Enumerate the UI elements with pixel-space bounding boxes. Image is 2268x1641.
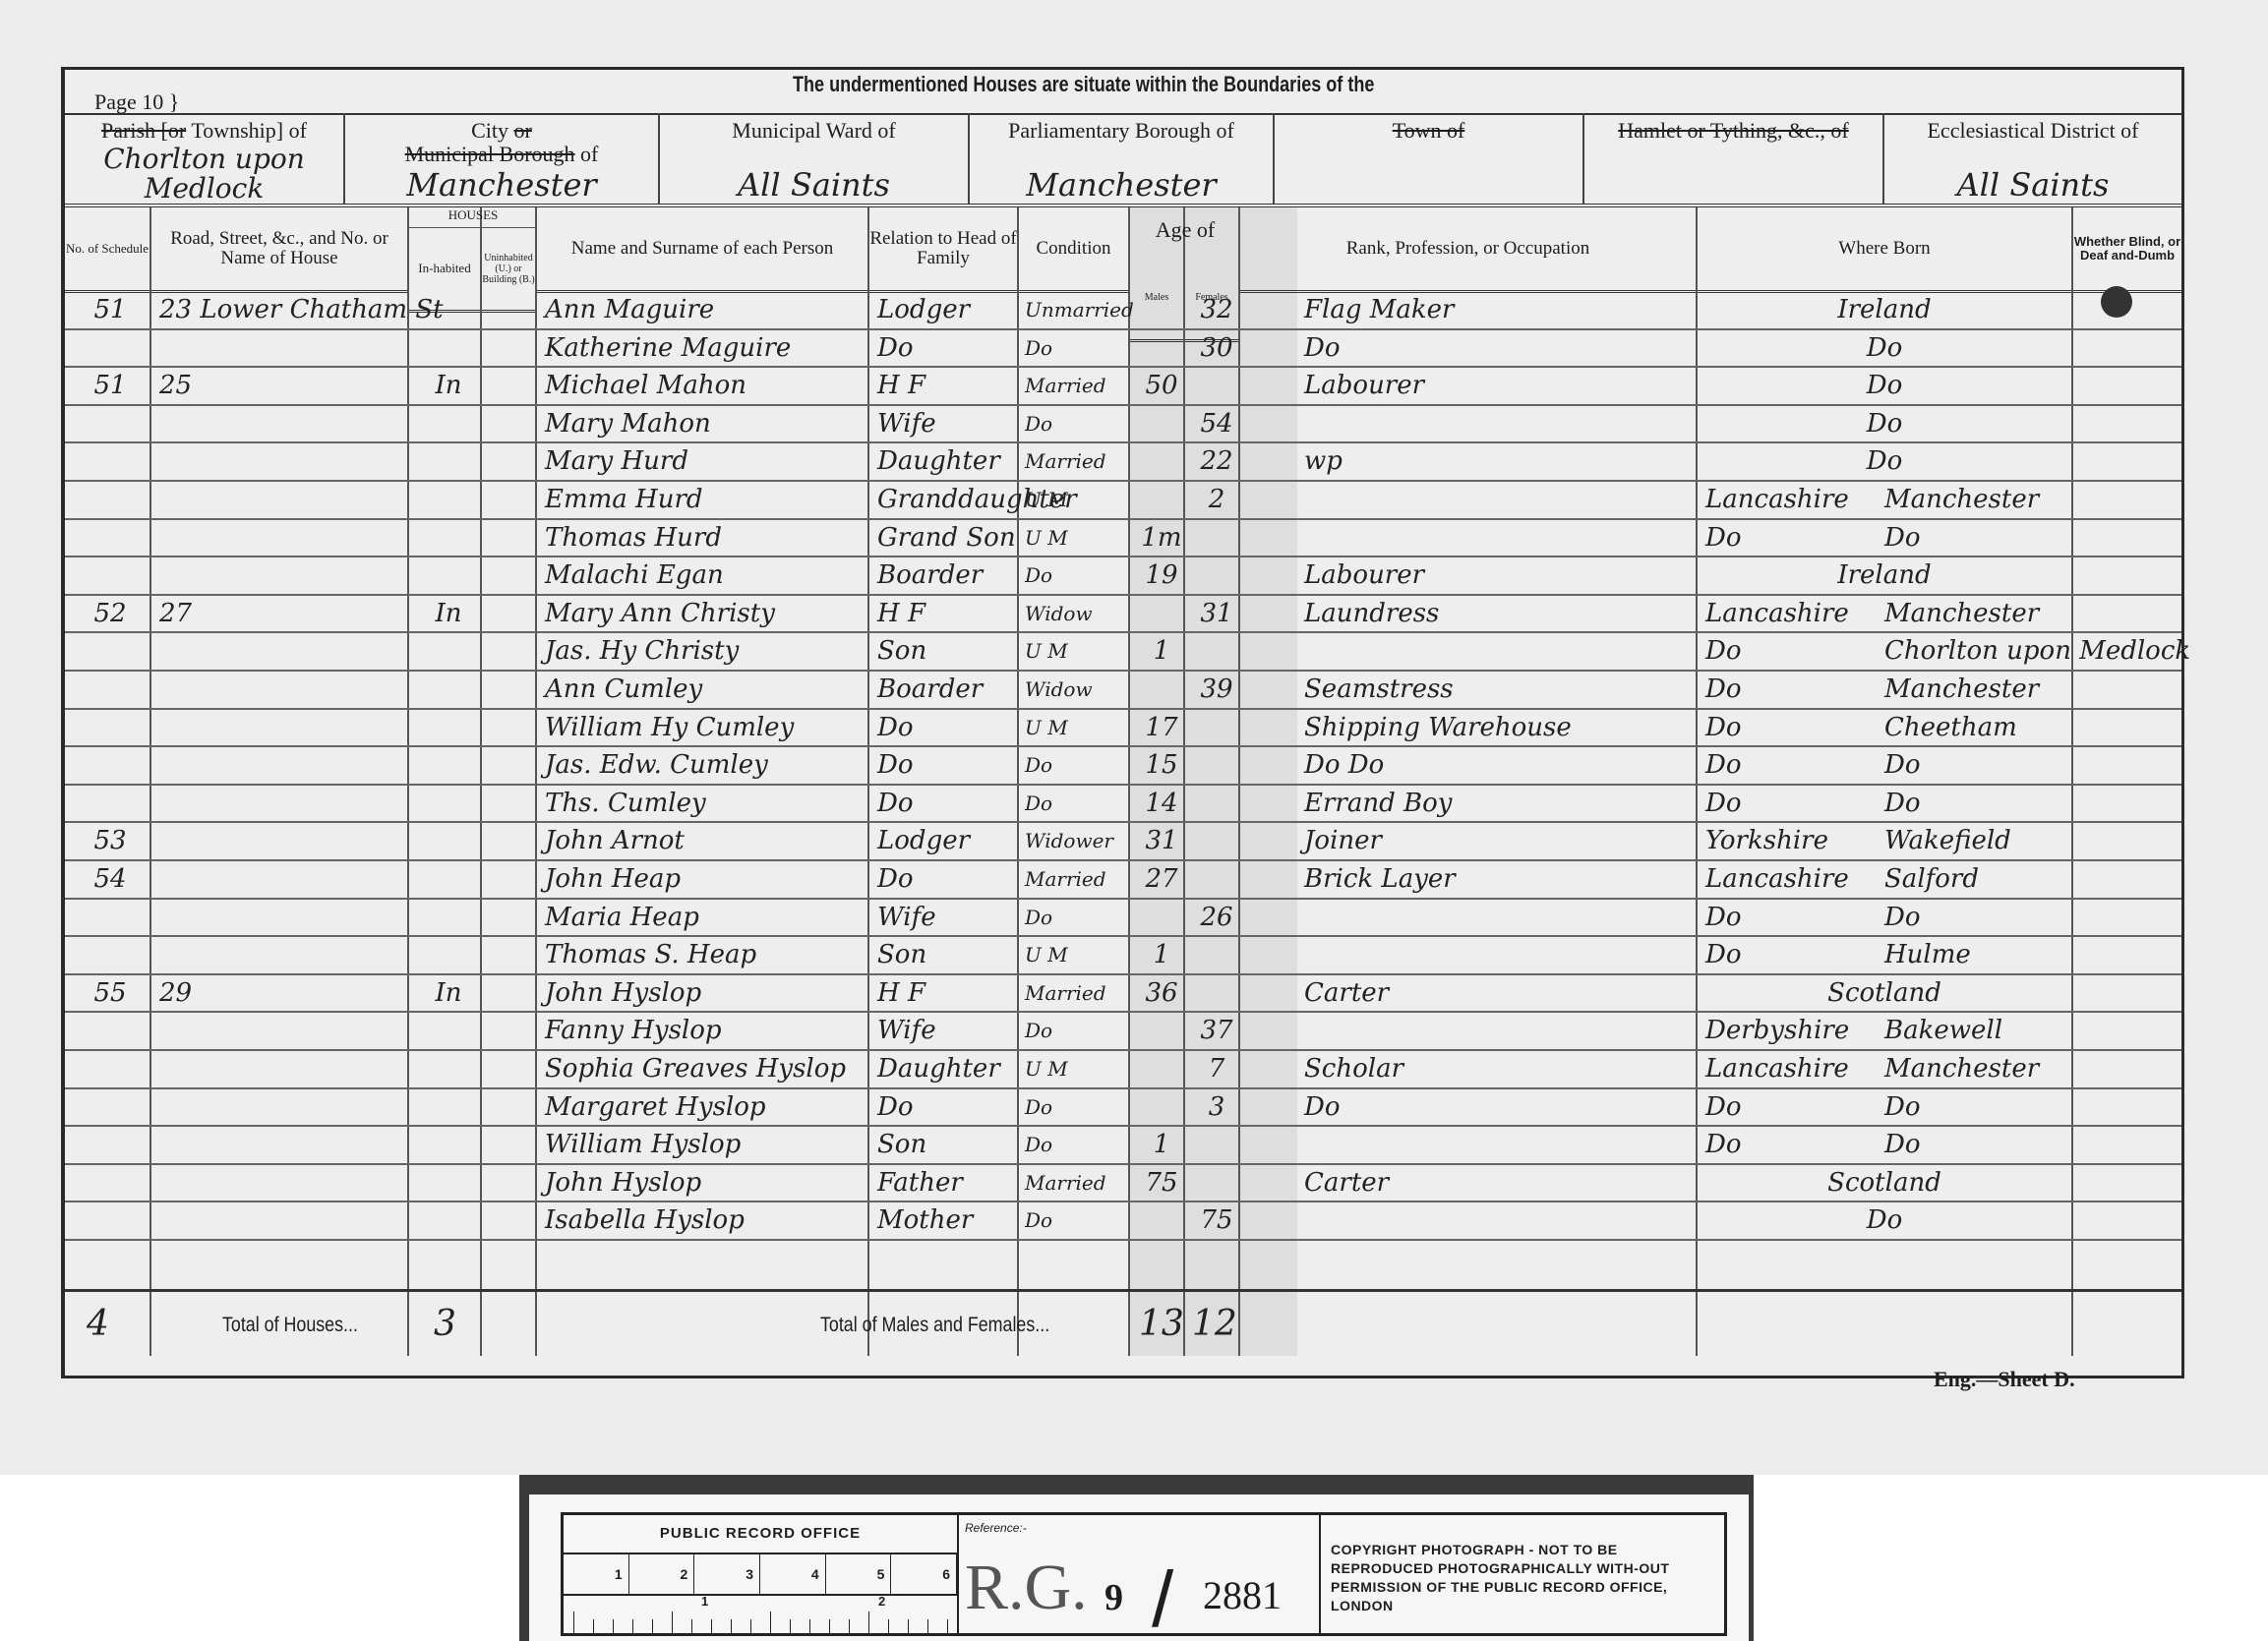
- cell-relation: Do: [877, 861, 1019, 897]
- ink-blot: [2101, 286, 2132, 318]
- table-row: Thomas S. HeapSonU M1DoHulme: [65, 937, 2181, 975]
- cell-condition: U M: [1025, 937, 1131, 972]
- cell-road: [159, 1127, 405, 1162]
- cell-born-place: Bakewell: [1884, 1013, 2071, 1048]
- cell-schedule: [71, 406, 149, 441]
- cell-born-place: Hulme: [1884, 937, 2071, 972]
- form-banner: Page 10 } The undermentioned Houses are …: [65, 70, 2181, 115]
- cell-condition: U M: [1025, 482, 1131, 517]
- cell-males: 27: [1137, 861, 1186, 897]
- cell-born-place: Ireland: [1737, 292, 2032, 327]
- cell-schedule: 51: [71, 368, 149, 403]
- table-row: 5125InMichael MahonH FMarried50LabourerD…: [65, 368, 2181, 406]
- cell-born-place: Do: [1884, 1127, 2071, 1162]
- cell-females: 75: [1192, 1202, 1241, 1238]
- district-town: Town of: [1275, 113, 1584, 204]
- cell-schedule: [71, 482, 149, 517]
- header-blind: Whether Blind, or Deaf and-Dumb: [2073, 207, 2181, 293]
- district-label-struck: Municipal Borough: [405, 142, 575, 166]
- cell-name: John Hyslop: [545, 1165, 869, 1201]
- cell-males: [1137, 596, 1186, 631]
- cell-males: [1137, 482, 1186, 517]
- ruler-mark: 3: [694, 1554, 760, 1594]
- census-table: No. of Schedule Road, Street, &c., and N…: [65, 207, 2181, 1377]
- cell-condition: Do: [1025, 1089, 1131, 1125]
- cell-road: [159, 672, 405, 707]
- cell-born-county: Lancashire: [1705, 1051, 1882, 1086]
- ruler-tick: [770, 1612, 771, 1633]
- table-row: Ann CumleyBoarderWidow39SeamstressDoManc…: [65, 672, 2181, 710]
- cell-occupation: [1304, 937, 1698, 972]
- cell-schedule: 51: [71, 292, 149, 327]
- cell-schedule: [71, 330, 149, 366]
- cell-name: William Hyslop: [545, 1127, 869, 1162]
- cell-occupation: [1304, 482, 1698, 517]
- cell-born-place: Do: [1737, 443, 2032, 479]
- cell-born-county: Lancashire: [1705, 482, 1882, 517]
- cell-females: [1192, 368, 1241, 403]
- cell-born-county: Do: [1705, 520, 1882, 556]
- table-row: Katherine MaguireDoDo30DoDo: [65, 330, 2181, 369]
- cell-condition: U M: [1025, 520, 1131, 556]
- ruler-tick: [632, 1619, 633, 1633]
- district-label: Township] of: [191, 118, 307, 143]
- public-record-office-ruler: PUBLIC RECORD OFFICE 1 2 3 4 5 6 1 2: [564, 1515, 959, 1633]
- cell-born-place: Do: [1884, 786, 2071, 821]
- table-row: Isabella HyslopMotherDo75Do: [65, 1202, 2181, 1241]
- cell-born-place: Manchester: [1884, 482, 2071, 517]
- cell-females: [1192, 937, 1241, 972]
- cell-females: 39: [1192, 672, 1241, 707]
- cell-females: [1192, 747, 1241, 783]
- cell-schedule: [71, 557, 149, 593]
- cell-name: Jas. Hy Christy: [545, 633, 869, 669]
- cell-name: Michael Mahon: [545, 368, 869, 403]
- cell-born-county: Do: [1705, 672, 1882, 707]
- cell-males: [1137, 1089, 1186, 1125]
- reference-piece: 2881: [1203, 1572, 1282, 1618]
- cell-name: Malachi Egan: [545, 557, 869, 593]
- cell-condition: Unmarried: [1025, 292, 1131, 327]
- cell-males: 17: [1137, 710, 1186, 745]
- cell-inhabited: [419, 1051, 478, 1086]
- cell-males: [1137, 292, 1186, 327]
- cell-males: [1137, 1051, 1186, 1086]
- cell-name: Katherine Maguire: [545, 330, 869, 366]
- table-row: William HyslopSonDo1DoDo: [65, 1127, 2181, 1165]
- cell-schedule: [71, 1127, 149, 1162]
- cell-schedule: [71, 786, 149, 821]
- cell-relation: Do: [877, 710, 1019, 745]
- cell-road: [159, 1089, 405, 1125]
- district-label: Municipal Ward of: [660, 119, 968, 143]
- cell-born-place: Do: [1737, 368, 2032, 403]
- cell-inhabited: [419, 823, 478, 858]
- cell-inhabited: [419, 482, 478, 517]
- cell-males: 1: [1137, 1127, 1186, 1162]
- cell-road: [159, 861, 405, 897]
- sheet-identifier: Eng.—Sheet D.: [1934, 1367, 2075, 1392]
- table-row: Jas. Edw. CumleyDoDo15Do DoDoDo: [65, 747, 2181, 786]
- table-row: Ths. CumleyDoDo14Errand BoyDoDo: [65, 786, 2181, 824]
- cell-males: 1: [1137, 633, 1186, 669]
- cell-occupation: Labourer: [1304, 557, 1698, 593]
- cell-females: [1192, 520, 1241, 556]
- table-row: Jas. Hy ChristySonU M1DoChorlton upon Me…: [65, 633, 2181, 672]
- cell-females: [1192, 633, 1241, 669]
- district-label-struck: Town of: [1275, 119, 1582, 143]
- cell-road: 29: [159, 975, 405, 1011]
- district-label: Parliamentary Borough of: [970, 119, 1273, 143]
- table-row: Malachi EganBoarderDo19LabourerIreland: [65, 557, 2181, 596]
- cell-males: 50: [1137, 368, 1186, 403]
- cell-females: 31: [1192, 596, 1241, 631]
- cell-condition: Married: [1025, 1165, 1131, 1201]
- ruler-tick: [750, 1619, 751, 1633]
- cell-relation: Lodger: [877, 292, 1019, 327]
- cell-road: [159, 900, 405, 935]
- cell-relation: Do: [877, 1089, 1019, 1125]
- cell-occupation: wp: [1304, 443, 1698, 479]
- cell-schedule: [71, 1165, 149, 1201]
- page-number: Page 10 }: [94, 89, 179, 115]
- cell-name: Emma Hurd: [545, 482, 869, 517]
- cell-relation: H F: [877, 596, 1019, 631]
- cell-inhabited: [419, 406, 478, 441]
- cell-relation: Grand Son: [877, 520, 1019, 556]
- cell-born-county: Do: [1705, 937, 1882, 972]
- cell-born-place: Do: [1737, 406, 2032, 441]
- district-parliamentary: Parliamentary Borough of Manchester: [970, 113, 1275, 204]
- cell-occupation: Do: [1304, 1089, 1698, 1125]
- reference-slash: /: [1152, 1554, 1173, 1641]
- total-houses-label: Total of Houses...: [222, 1314, 358, 1337]
- cell-males: 14: [1137, 786, 1186, 821]
- cell-born-place: Manchester: [1884, 596, 2071, 631]
- cell-road: 25: [159, 368, 405, 403]
- district-label: of: [580, 142, 598, 166]
- cell-born-county: Do: [1705, 1127, 1882, 1162]
- cell-schedule: [71, 672, 149, 707]
- cell-condition: Do: [1025, 747, 1131, 783]
- cell-name: Thomas S. Heap: [545, 937, 869, 972]
- cell-occupation: Carter: [1304, 975, 1698, 1011]
- copyright-notice: COPYRIGHT PHOTOGRAPH - NOT TO BE REPRODU…: [1331, 1541, 1714, 1615]
- cell-road: [159, 1013, 405, 1048]
- cell-born-place: Do: [1737, 330, 2032, 366]
- cell-born-county: Do: [1705, 786, 1882, 821]
- cell-inhabited: [419, 330, 478, 366]
- cell-inhabited: [419, 1127, 478, 1162]
- cell-relation: Do: [877, 747, 1019, 783]
- total-males: 13: [1139, 1304, 1184, 1344]
- cell-schedule: [71, 937, 149, 972]
- cell-condition: U M: [1025, 710, 1131, 745]
- cell-females: 54: [1192, 406, 1241, 441]
- cell-name: John Arnot: [545, 823, 869, 858]
- district-value: Manchester: [345, 166, 658, 204]
- table-row: Margaret HyslopDoDo3DoDoDo: [65, 1089, 2181, 1128]
- cell-occupation: [1304, 520, 1698, 556]
- table-row: 5227InMary Ann ChristyH FWidow31Laundres…: [65, 596, 2181, 634]
- cell-relation: Son: [877, 633, 1019, 669]
- cell-condition: Do: [1025, 1127, 1131, 1162]
- cell-relation: Do: [877, 330, 1019, 366]
- cell-occupation: Carter: [1304, 1165, 1698, 1201]
- cell-females: [1192, 1127, 1241, 1162]
- header-schedule: No. of Schedule: [65, 207, 149, 293]
- ruler-mark: 2: [878, 1594, 885, 1609]
- cell-born-county: Do: [1705, 633, 1882, 669]
- ruler-mark: 6: [891, 1554, 957, 1594]
- cell-schedule: 53: [71, 823, 149, 858]
- cell-relation: Granddaughter: [877, 482, 1019, 517]
- cell-condition: Do: [1025, 786, 1131, 821]
- cell-road: [159, 557, 405, 593]
- cell-inhabited: [419, 672, 478, 707]
- cell-born-county: Derbyshire: [1705, 1013, 1882, 1048]
- cell-females: 22: [1192, 443, 1241, 479]
- header-age-group: Age of: [1130, 217, 1240, 243]
- reference-box: Reference:- R.G. 9 / 2881: [957, 1515, 1321, 1633]
- cell-road: [159, 330, 405, 366]
- cell-condition: Married: [1025, 975, 1131, 1011]
- cell-females: 37: [1192, 1013, 1241, 1048]
- table-row: 53John ArnotLodgerWidower31JoinerYorkshi…: [65, 823, 2181, 861]
- ruler-mark: 1: [564, 1554, 629, 1594]
- cell-females: [1192, 710, 1241, 745]
- cell-relation: Mother: [877, 1202, 1019, 1238]
- cell-condition: Married: [1025, 443, 1131, 479]
- cell-road: [159, 520, 405, 556]
- cell-born-place: Scotland: [1737, 975, 2032, 1011]
- table-row: 5123 Lower Chatham StAnn MaguireLodgerUn…: [65, 292, 2181, 330]
- cell-born-place: Salford: [1884, 861, 2071, 897]
- cell-relation: Wife: [877, 900, 1019, 935]
- cell-condition: Do: [1025, 557, 1131, 593]
- header-born: Where Born: [1698, 207, 2071, 293]
- cell-inhabited: In: [419, 975, 478, 1011]
- cell-relation: Do: [877, 786, 1019, 821]
- ruler-scale-top: 1 2 3 4 5 6: [564, 1553, 957, 1596]
- ruler-tick: [849, 1619, 850, 1633]
- cell-inhabited: [419, 1013, 478, 1048]
- cell-relation: Son: [877, 1127, 1019, 1162]
- ruler-tick: [711, 1619, 712, 1633]
- header-houses-group: HOUSES: [409, 207, 537, 228]
- cell-relation: Wife: [877, 1013, 1019, 1048]
- header-condition: Condition: [1019, 207, 1128, 293]
- cell-road: [159, 482, 405, 517]
- cell-females: [1192, 1165, 1241, 1201]
- ruler-tick: [573, 1612, 574, 1633]
- cell-schedule: [71, 1089, 149, 1125]
- ruler-mark: 4: [760, 1554, 826, 1594]
- reference-label: Reference:-: [965, 1521, 1027, 1535]
- cell-females: 2: [1192, 482, 1241, 517]
- cell-males: 31: [1137, 823, 1186, 858]
- cell-females: [1192, 786, 1241, 821]
- cell-name: Margaret Hyslop: [545, 1089, 869, 1125]
- cell-males: [1137, 672, 1186, 707]
- cell-name: Ths. Cumley: [545, 786, 869, 821]
- cell-inhabited: [419, 557, 478, 593]
- cell-occupation: Do: [1304, 330, 1698, 366]
- ruler-tick: [829, 1619, 830, 1633]
- banner-title: The undermentioned Houses are situate wi…: [793, 72, 1374, 97]
- cell-occupation: Scholar: [1304, 1051, 1698, 1086]
- cell-occupation: Labourer: [1304, 368, 1698, 403]
- district-label: Ecclesiastical District of: [1884, 119, 2181, 143]
- header-name: Name and Surname of each Person: [537, 207, 867, 293]
- table-row: William Hy CumleyDoU M17Shipping Warehou…: [65, 710, 2181, 748]
- ruler-tick: [868, 1612, 869, 1633]
- cell-inhabited: [419, 861, 478, 897]
- total-females: 12: [1192, 1304, 1237, 1344]
- cell-males: [1137, 443, 1186, 479]
- cell-females: 32: [1192, 292, 1241, 327]
- header-relation: Relation to Head of Family: [869, 207, 1017, 293]
- cell-name: Ann Cumley: [545, 672, 869, 707]
- cell-road: [159, 1202, 405, 1238]
- cell-born-place: Do: [1884, 520, 2071, 556]
- cell-females: [1192, 823, 1241, 858]
- cell-occupation: [1304, 633, 1698, 669]
- ruler-tick: [652, 1619, 653, 1633]
- cell-males: 75: [1137, 1165, 1186, 1201]
- total-houses: 3: [434, 1304, 456, 1344]
- cell-born-place: Chorlton upon Medlock: [1884, 633, 2071, 669]
- cell-females: 26: [1192, 900, 1241, 935]
- cell-born-place: Cheetham: [1884, 710, 2071, 745]
- cell-relation: Son: [877, 937, 1019, 972]
- cell-born-county: Yorkshire: [1705, 823, 1882, 858]
- district-township: Parish [or Township] of Chorlton upon Me…: [65, 113, 345, 204]
- cell-born-place: Ireland: [1737, 557, 2032, 593]
- ruler-tick: [947, 1619, 948, 1633]
- cell-condition: U M: [1025, 633, 1131, 669]
- table-row: Sophia Greaves HyslopDaughterU M7Scholar…: [65, 1051, 2181, 1089]
- total-schedules: 4: [87, 1304, 109, 1344]
- cell-occupation: [1304, 1127, 1698, 1162]
- ruler-tick: [672, 1612, 673, 1633]
- cell-road: 23 Lower Chatham St: [159, 292, 405, 327]
- cell-name: Isabella Hyslop: [545, 1202, 869, 1238]
- district-ecclesiastical: Ecclesiastical District of All Saints: [1884, 113, 2181, 204]
- cell-occupation: [1304, 900, 1698, 935]
- cell-females: [1192, 975, 1241, 1011]
- cell-schedule: [71, 443, 149, 479]
- cell-inhabited: In: [419, 596, 478, 631]
- cell-born-county: Do: [1705, 900, 1882, 935]
- cell-males: 19: [1137, 557, 1186, 593]
- cell-schedule: [71, 900, 149, 935]
- cell-born-county: Do: [1705, 1089, 1882, 1125]
- cell-road: [159, 747, 405, 783]
- cell-inhabited: [419, 1089, 478, 1125]
- census-page-scan: Page 10 } The undermentioned Houses are …: [0, 0, 2268, 1475]
- ruler-scale-bottom: 1 2: [564, 1594, 957, 1633]
- table-row: 5529InJohn HyslopH FMarried36CarterScotl…: [65, 975, 2181, 1014]
- ruler-tick: [927, 1619, 928, 1633]
- ruler-tick: [691, 1619, 692, 1633]
- cell-males: [1137, 330, 1186, 366]
- cell-occupation: Errand Boy: [1304, 786, 1698, 821]
- cell-males: [1137, 406, 1186, 441]
- cell-condition: Married: [1025, 861, 1131, 897]
- cell-schedule: [71, 710, 149, 745]
- cell-schedule: 54: [71, 861, 149, 897]
- district-label-struck: Hamlet or Tything, &c., of: [1584, 119, 1882, 143]
- table-row: Mary HurdDaughterMarried22wpDo: [65, 443, 2181, 482]
- district-value: All Saints: [660, 166, 968, 204]
- district-label-struck: or: [514, 118, 532, 143]
- cell-relation: Daughter: [877, 443, 1019, 479]
- table-row: Emma HurdGranddaughterU M2LancashireManc…: [65, 482, 2181, 520]
- cell-name: Mary Mahon: [545, 406, 869, 441]
- district-hamlet: Hamlet or Tything, &c., of: [1584, 113, 1884, 204]
- cell-born-county: Do: [1705, 747, 1882, 783]
- header-occupation: Rank, Profession, or Occupation: [1240, 207, 1696, 293]
- cell-condition: Do: [1025, 900, 1131, 935]
- cell-occupation: Joiner: [1304, 823, 1698, 858]
- district-header-row: Parish [or Township] of Chorlton upon Me…: [65, 113, 2181, 207]
- cell-born-county: Do: [1705, 710, 1882, 745]
- cell-schedule: [71, 1013, 149, 1048]
- cell-occupation: Shipping Warehouse: [1304, 710, 1698, 745]
- cell-relation: Daughter: [877, 1051, 1019, 1086]
- cell-schedule: [71, 520, 149, 556]
- ruler-tick: [790, 1619, 791, 1633]
- reference-series: R.G.: [965, 1551, 1088, 1625]
- cell-condition: U M: [1025, 1051, 1131, 1086]
- cell-condition: Do: [1025, 1202, 1131, 1238]
- cell-relation: Boarder: [877, 557, 1019, 593]
- district-city: City orMunicipal Borough of Manchester: [345, 113, 660, 204]
- total-persons-label: Total of Males and Females...: [820, 1314, 1049, 1337]
- cell-name: Ann Maguire: [545, 292, 869, 327]
- cell-males: 15: [1137, 747, 1186, 783]
- cell-schedule: [71, 747, 149, 783]
- cell-inhabited: [419, 900, 478, 935]
- ruler-tick: [908, 1619, 909, 1633]
- district-label: City: [471, 118, 508, 143]
- ruler-mark: 1: [701, 1594, 708, 1609]
- cell-road: [159, 710, 405, 745]
- cell-occupation: [1304, 1202, 1698, 1238]
- district-value: Chorlton upon Medlock: [65, 145, 343, 204]
- cell-occupation: Flag Maker: [1304, 292, 1698, 327]
- cell-road: [159, 786, 405, 821]
- table-row: Maria HeapWifeDo26DoDo: [65, 900, 2181, 938]
- cell-occupation: [1304, 1013, 1698, 1048]
- cell-name: Fanny Hyslop: [545, 1013, 869, 1048]
- table-row: John HyslopFatherMarried75CarterScotland: [65, 1165, 2181, 1203]
- ruler-tick: [809, 1619, 810, 1633]
- district-value: Manchester: [970, 166, 1273, 204]
- cell-males: [1137, 900, 1186, 935]
- cell-schedule: 52: [71, 596, 149, 631]
- cell-born-county: Lancashire: [1705, 596, 1882, 631]
- ruler-mark: 5: [826, 1554, 892, 1594]
- ruler-tick: [731, 1619, 732, 1633]
- cell-born-place: Scotland: [1737, 1165, 2032, 1201]
- cell-schedule: [71, 1051, 149, 1086]
- cell-condition: Widow: [1025, 672, 1131, 707]
- cell-road: [159, 443, 405, 479]
- cell-males: 1: [1137, 937, 1186, 972]
- header-road: Road, Street, &c., and No. or Name of Ho…: [151, 207, 407, 293]
